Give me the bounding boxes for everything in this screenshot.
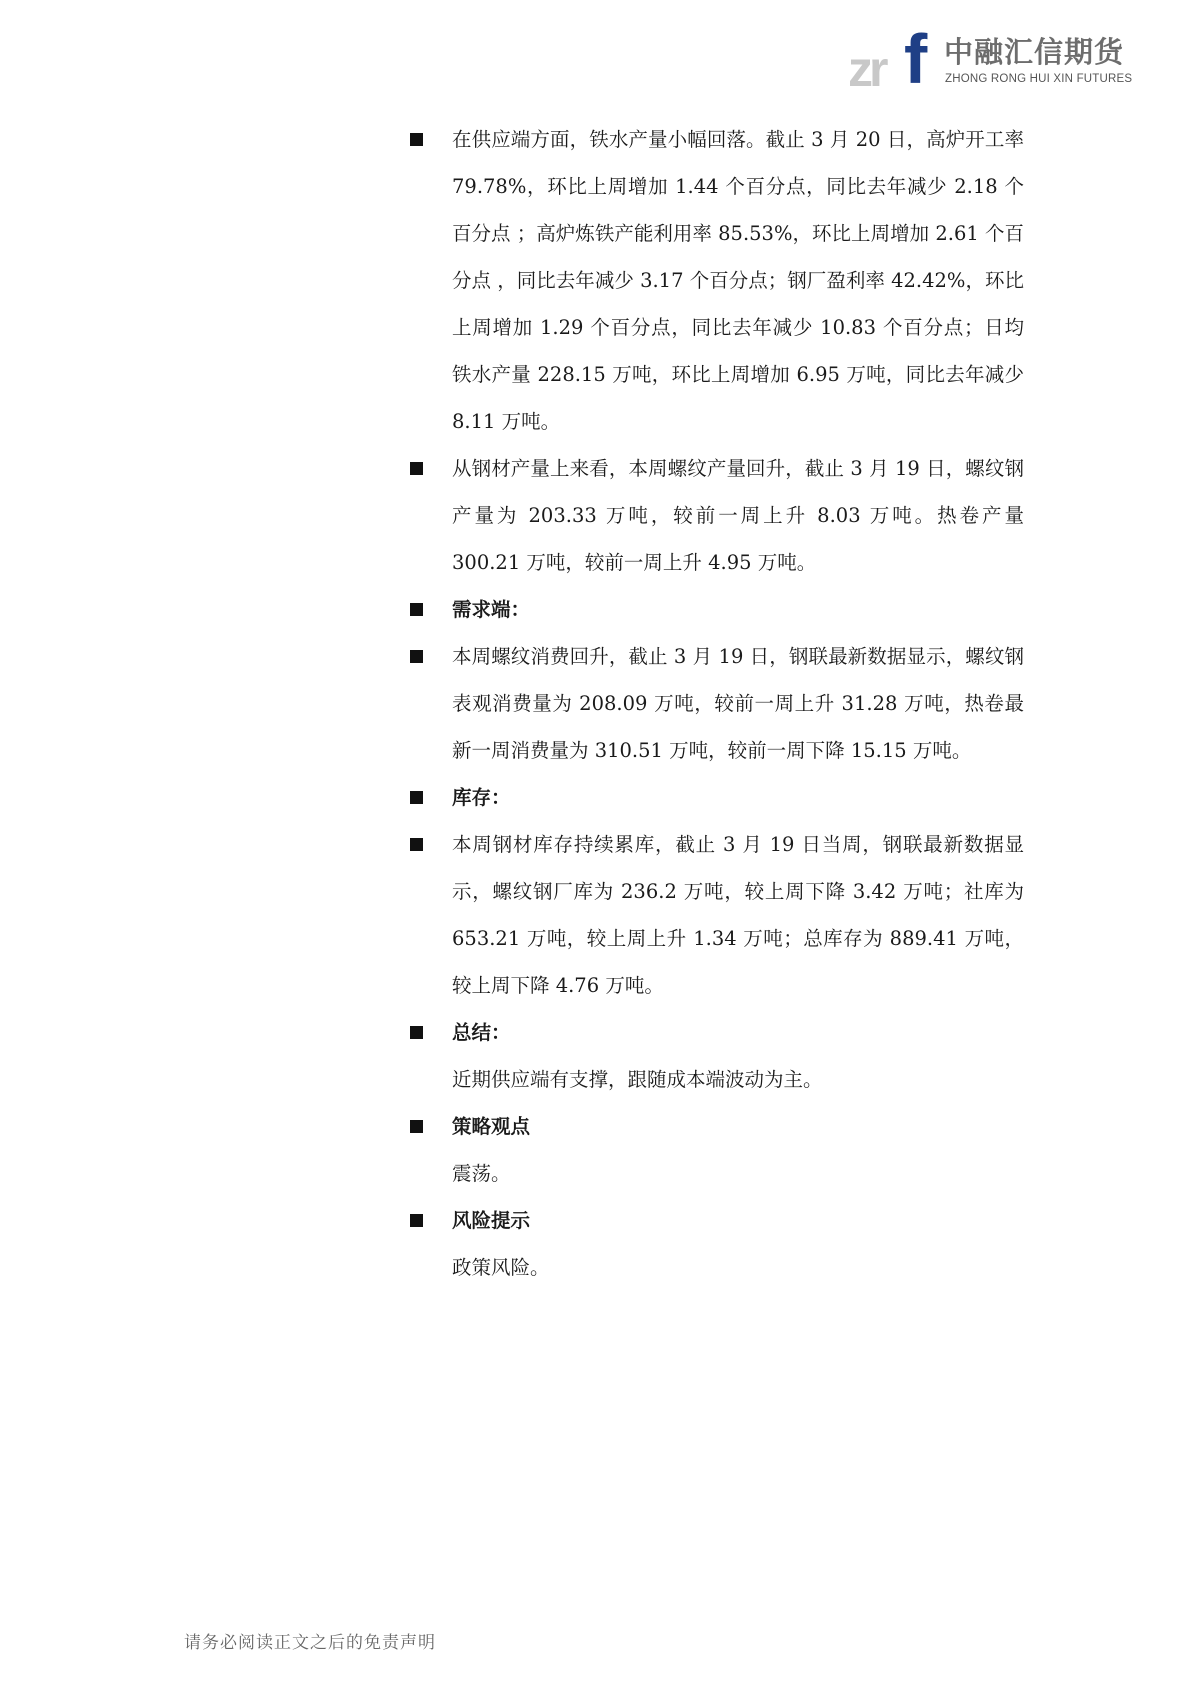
footer-disclaimer: 请务必阅读正文之后的免责声明 [184, 1628, 436, 1653]
inventory-heading-text: 库存： [452, 786, 511, 809]
demand-paragraph: 本周螺纹消费回升，截止 3 月 19 日，钢联最新数据显示，螺纹钢表观消费量为 … [408, 633, 1024, 774]
demand-text: 本周螺纹消费回升，截止 3 月 19 日，钢联最新数据显示，螺纹钢表观消费量为 … [452, 645, 1024, 762]
demand-heading-text: 需求端： [452, 598, 530, 621]
strategy-heading-text: 策略观点 [452, 1115, 530, 1138]
supply-text: 在供应端方面，铁水产量小幅回落。截止 3 月 20 日，高炉开工率 79.78%… [452, 128, 1024, 433]
square-bullet-icon [410, 650, 423, 663]
logo-mark-f: f [904, 28, 927, 90]
square-bullet-icon [410, 462, 423, 475]
square-bullet-icon [410, 133, 423, 146]
risk-text: 政策风险。 [408, 1244, 1024, 1291]
square-bullet-icon [410, 1026, 423, 1039]
summary-heading: 总结： [408, 1009, 1024, 1056]
logo-english-name: ZHONG RONG HUI XIN FUTURES [945, 73, 1132, 85]
square-bullet-icon [410, 791, 423, 804]
supply-paragraph: 在供应端方面，铁水产量小幅回落。截止 3 月 20 日，高炉开工率 79.78%… [408, 116, 1024, 445]
company-logo: zr f 中融汇信期货 ZHONG RONG HUI XIN FUTURES [848, 28, 1128, 90]
square-bullet-icon [410, 838, 423, 851]
inventory-text: 本周钢材库存持续累库，截止 3 月 19 日当周，钢联最新数据显示，螺纹钢厂库为… [452, 833, 1024, 997]
inventory-heading: 库存： [408, 774, 1024, 821]
strategy-heading: 策略观点 [408, 1103, 1024, 1150]
logo-chinese-name: 中融汇信期货 [944, 36, 1124, 68]
square-bullet-icon [410, 1120, 423, 1133]
report-body: 在供应端方面，铁水产量小幅回落。截止 3 月 20 日，高炉开工率 79.78%… [408, 116, 1024, 1291]
summary-heading-text: 总结： [452, 1021, 511, 1044]
logo-mark-zr: zr [848, 44, 884, 94]
inventory-paragraph: 本周钢材库存持续累库，截止 3 月 19 日当周，钢联最新数据显示，螺纹钢厂库为… [408, 821, 1024, 1009]
strategy-text: 震荡。 [408, 1150, 1024, 1197]
square-bullet-icon [410, 1214, 423, 1227]
demand-heading: 需求端： [408, 586, 1024, 633]
production-text: 从钢材产量上来看，本周螺纹产量回升，截止 3 月 19 日，螺纹钢产量为 203… [452, 457, 1024, 574]
summary-text: 近期供应端有支撑，跟随成本端波动为主。 [408, 1056, 1024, 1103]
risk-heading-text: 风险提示 [452, 1209, 530, 1232]
production-paragraph: 从钢材产量上来看，本周螺纹产量回升，截止 3 月 19 日，螺纹钢产量为 203… [408, 445, 1024, 586]
square-bullet-icon [410, 603, 423, 616]
risk-heading: 风险提示 [408, 1197, 1024, 1244]
